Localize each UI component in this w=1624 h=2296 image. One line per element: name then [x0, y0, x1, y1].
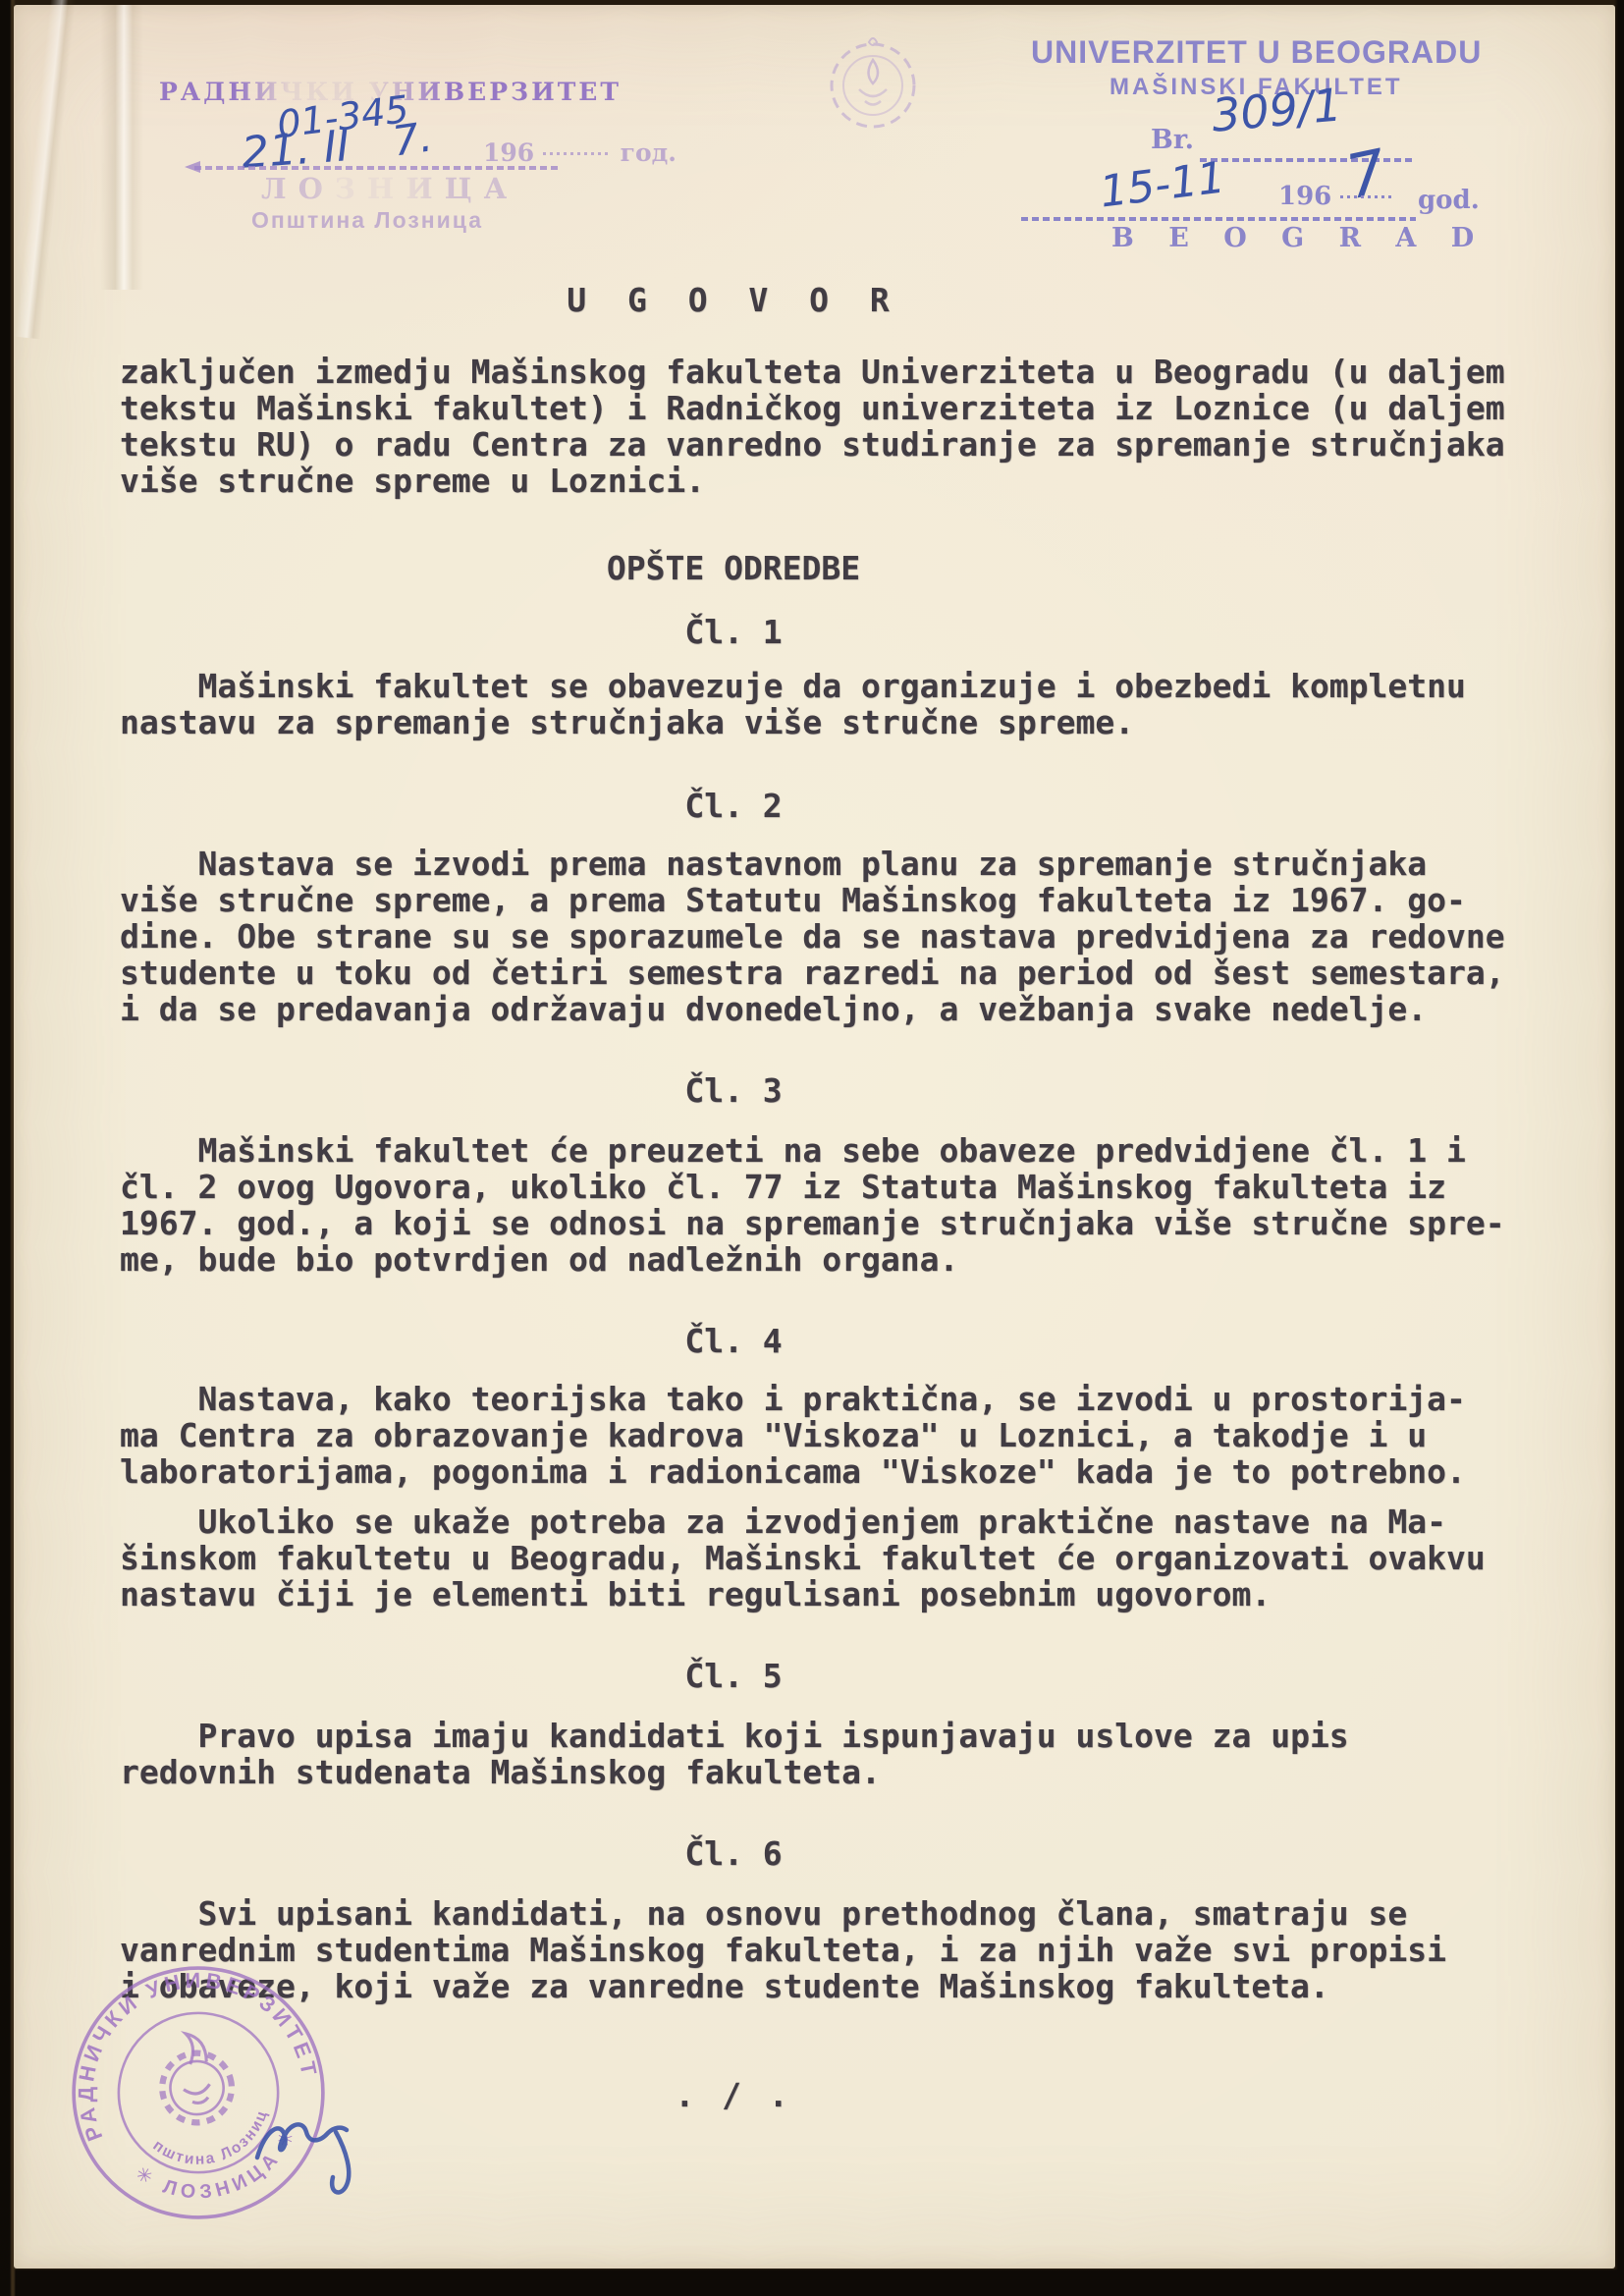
article-heading: Čl. 1	[120, 614, 1347, 650]
article-paragraph: Ukoliko se ukaže potreba za izvodjenjem …	[120, 1503, 1553, 1613]
university-crest-icon	[794, 21, 951, 138]
section-heading: OPŠTE ODREDBE	[120, 550, 1347, 586]
document-title: U G O V O R	[120, 282, 1347, 318]
article-heading: Čl. 3	[120, 1072, 1347, 1109]
year-suffix: год.	[621, 138, 677, 167]
article-heading: Čl. 4	[120, 1323, 1347, 1359]
year-suffix: god.	[1418, 186, 1480, 215]
article-heading: Čl. 5	[120, 1658, 1347, 1694]
handwritten-document-number: 309/1	[1210, 78, 1344, 141]
stamp-dashed-line	[194, 166, 560, 170]
right-header-stamp: UNIVERZITET U BEOGRADU MAŠINSKI FAKULTET…	[1015, 32, 1545, 268]
dotted-fill	[1340, 195, 1395, 198]
handwritten-date: 15-11	[1097, 152, 1227, 217]
article-paragraph: Mašinski fakultet će preuzeti na sebe ob…	[120, 1132, 1553, 1278]
contract-body: U G O V O R zaključen izmedju Mašinskog …	[120, 282, 1553, 2113]
paper-crease	[15, 0, 77, 339]
article-paragraph: Nastava se izvodi prema nastavnom planu …	[120, 846, 1553, 1027]
right-stamp-faculty: MAŠINSKI FAKULTET	[1110, 74, 1403, 101]
year-prefix: 196	[1278, 182, 1331, 211]
left-stamp-year-line: 196 год.	[483, 138, 677, 167]
handwritten-date: 21. II	[240, 121, 351, 179]
article-paragraph: Pravo upisa imaju kandidati koji ispunja…	[120, 1718, 1553, 1790]
paper-crease	[100, 5, 143, 290]
dotted-fill	[543, 152, 612, 155]
paper-sheet: РАДНИЧКИ УНИВЕРЗИТЕТ 01-345 21. II 7. 19…	[14, 5, 1615, 2269]
left-stamp-municipality: Општина Лозница	[251, 207, 483, 234]
arrow-left-icon	[185, 161, 200, 173]
article-paragraph: Nastava, kako teorijska tako i praktična…	[120, 1381, 1553, 1490]
right-stamp-university: UNIVERZITET U BEOGRADU	[1031, 34, 1482, 71]
number-label: Br.	[1151, 125, 1194, 155]
article-heading: Čl. 6	[120, 1835, 1347, 1872]
article-paragraph: Mašinski fakultet se obavezuje da organi…	[120, 668, 1553, 740]
right-stamp-city: B E O G R A D	[1111, 223, 1487, 253]
right-stamp-year-line: 196	[1278, 182, 1395, 211]
year-prefix: 196	[483, 138, 534, 167]
handwritten-protocol-number: 01-345	[275, 87, 411, 146]
stamp-dashed-line	[1200, 158, 1414, 162]
handwritten-year-digit: 7	[1340, 136, 1393, 214]
stamp-dashed-line	[1021, 217, 1416, 221]
article-heading: Čl. 2	[120, 788, 1347, 824]
article-paragraph: Svi upisani kandidati, na osnovu prethod…	[120, 1895, 1553, 2004]
left-stamp-city: ЛОЗНИЦА	[261, 172, 518, 205]
intro-paragraph: zaključen izmedju Mašinskog fakulteta Un…	[120, 354, 1553, 499]
handwritten-signature	[251, 2106, 399, 2205]
handwritten-year-digit: 7.	[390, 112, 436, 165]
scanned-page: РАДНИЧКИ УНИВЕРЗИТЕТ 01-345 21. II 7. 19…	[0, 0, 1624, 2296]
left-stamp-org-name: РАДНИЧКИ УНИВЕРЗИТЕТ	[159, 78, 622, 106]
left-receipt-stamp: РАДНИЧКИ УНИВЕРЗИТЕТ 01-345 21. II 7. 19…	[151, 74, 701, 290]
